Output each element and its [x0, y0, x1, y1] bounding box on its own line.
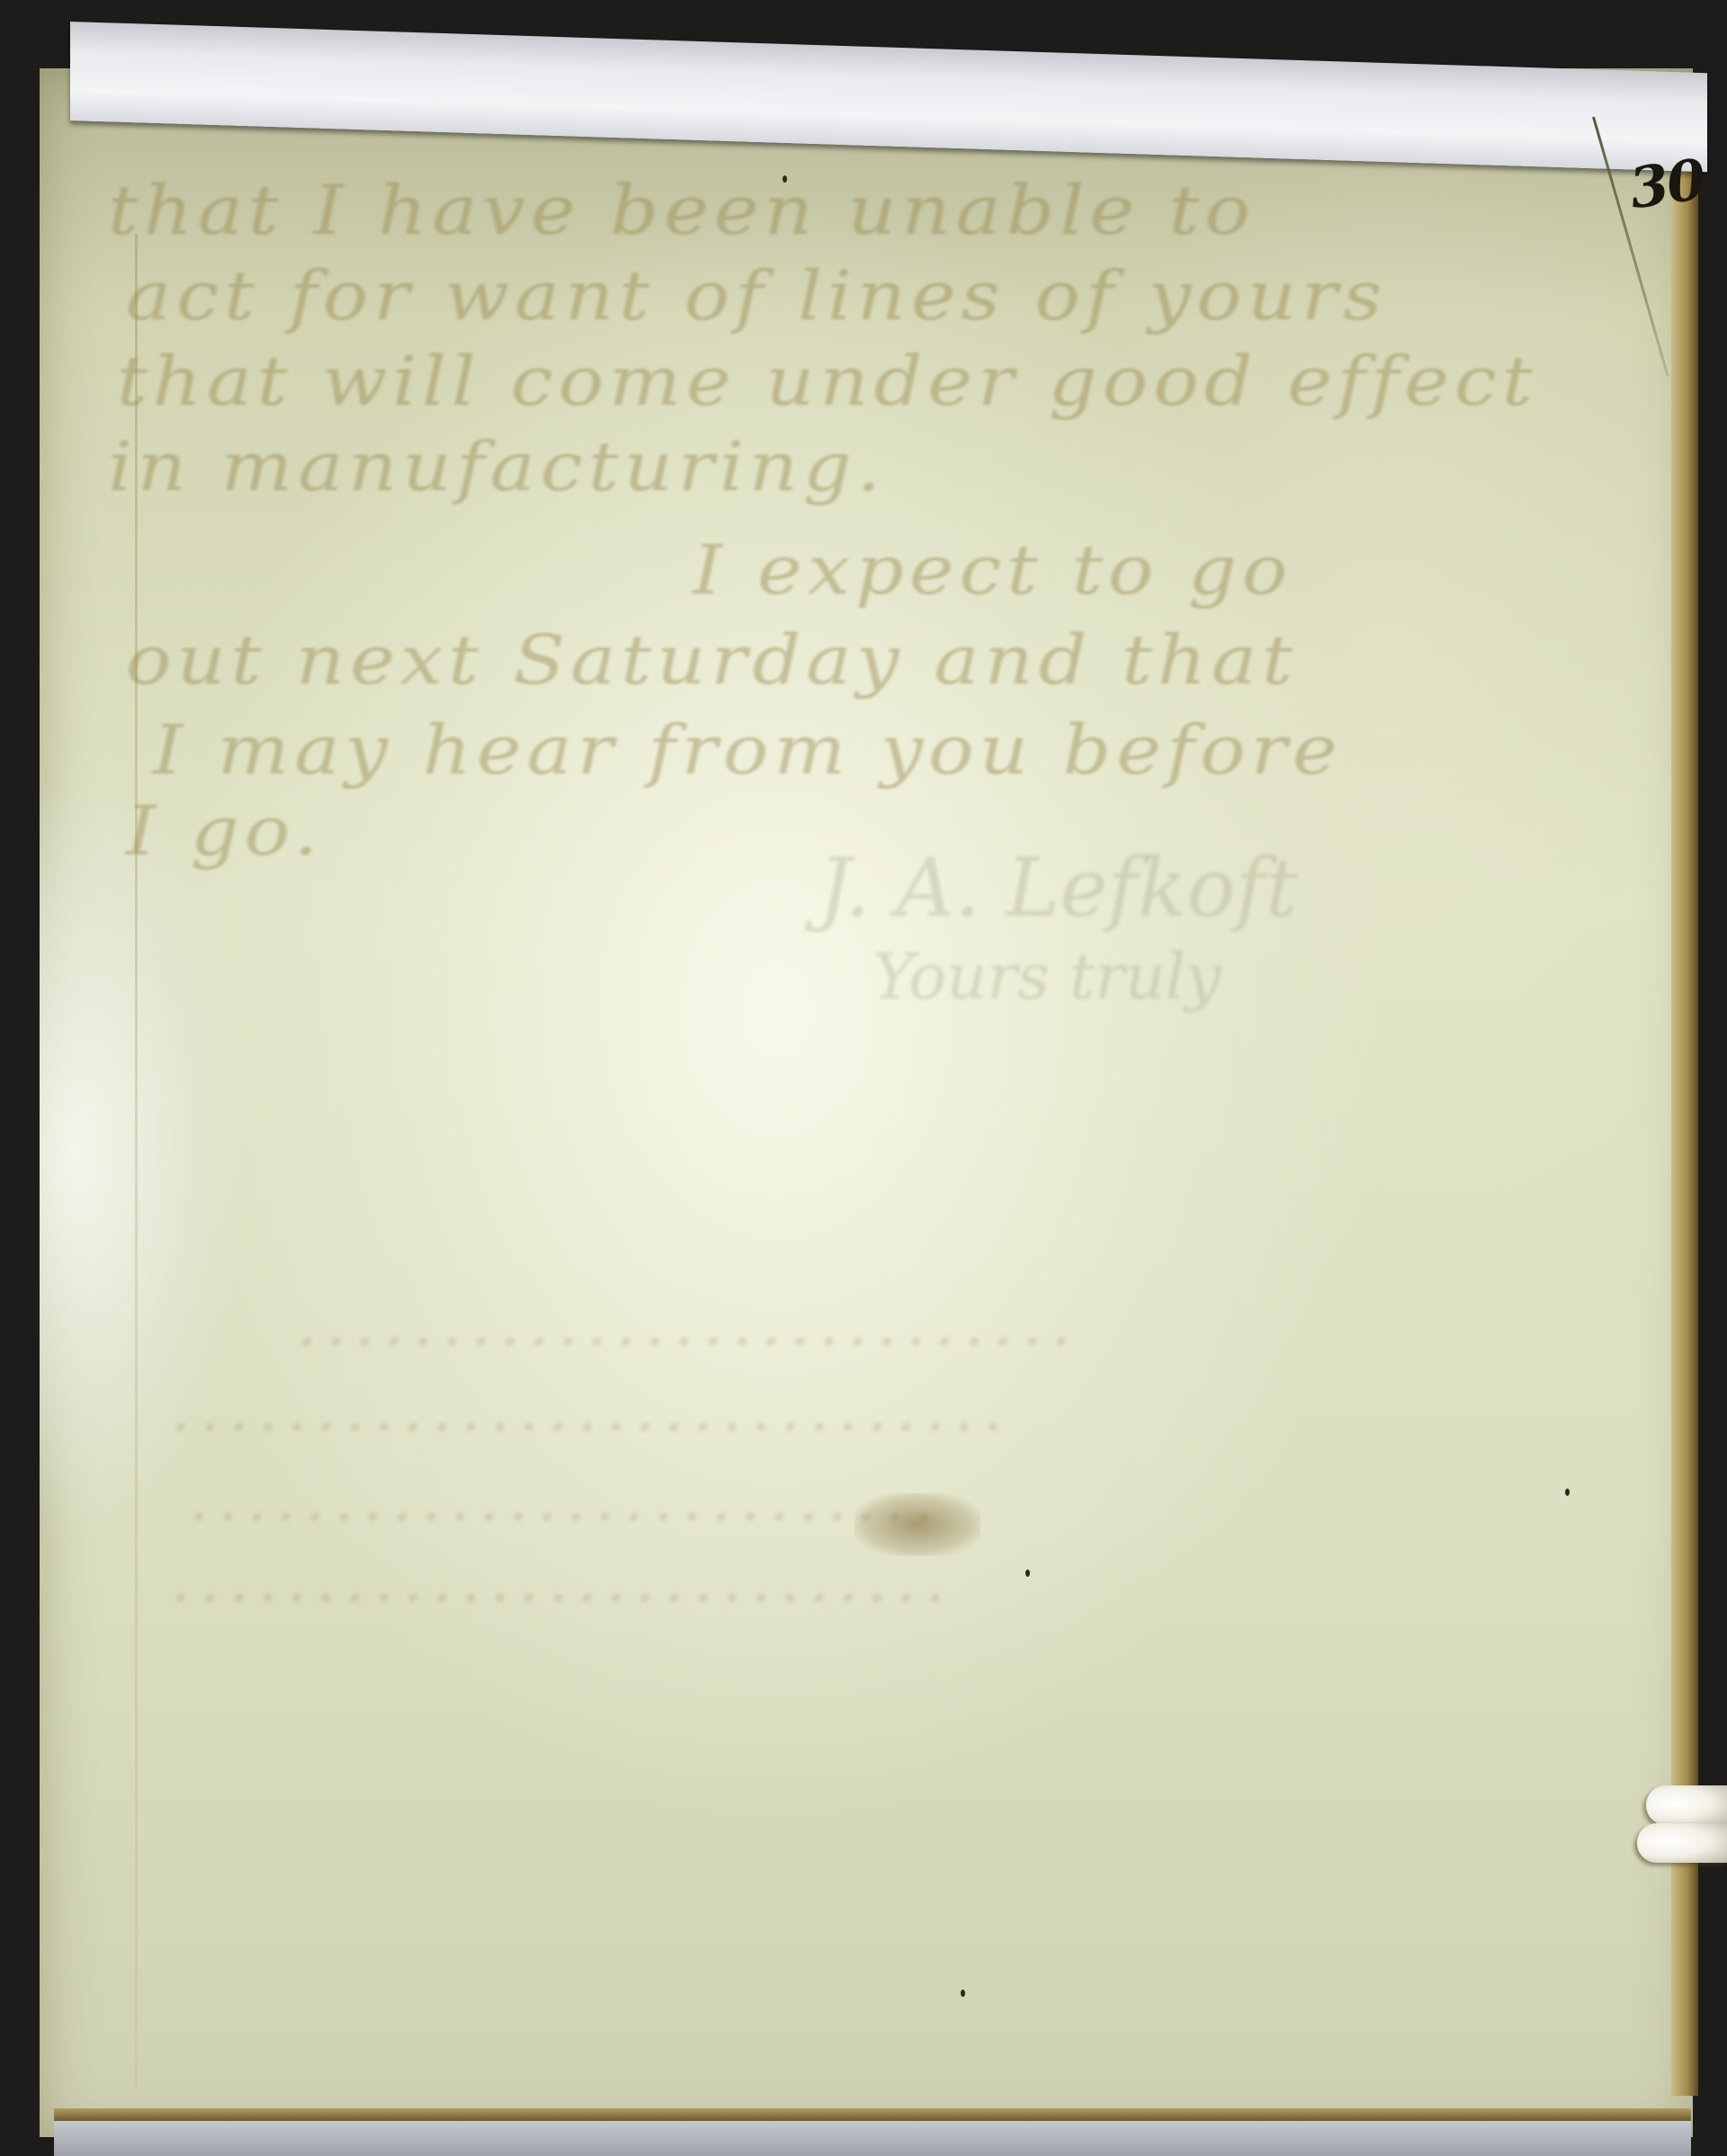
paper-bottom-edge	[54, 2108, 1691, 2121]
tie-lobe	[1646, 1785, 1727, 1825]
text-line: I expect to go	[693, 531, 1293, 610]
cloth-tie	[1637, 1785, 1727, 1866]
faded-line: .............................	[171, 1372, 1012, 1445]
text-line: act for want of lines of yours	[126, 256, 1387, 335]
archival-scan: 30 that I have been unable to act for wa…	[0, 0, 1727, 2156]
paper-speck	[961, 1990, 965, 1997]
paper-speck	[1025, 1570, 1030, 1577]
text-line: I may hear from you before	[153, 711, 1343, 790]
text-line: that I have been unable to	[108, 171, 1256, 250]
faded-line: ..........................	[189, 1462, 944, 1535]
text-line: out next Saturday and that	[126, 621, 1298, 700]
tie-lobe	[1637, 1823, 1727, 1863]
text-line: in manufacturing.	[108, 427, 886, 506]
paper-speck	[1565, 1489, 1570, 1496]
folio-number: 30	[1625, 147, 1708, 222]
ink-stain	[855, 1493, 980, 1556]
text-line: I go.	[126, 792, 323, 871]
margin-rule	[135, 234, 138, 2087]
faded-line: ...........................	[297, 1286, 1080, 1360]
paper-speck	[783, 175, 787, 183]
signature-closing: Yours truly	[872, 940, 1221, 1014]
signature-name: J. A. Lefkoft	[819, 841, 1298, 935]
text-line: that will come under good effect	[117, 342, 1538, 421]
bottom-mount	[54, 2119, 1691, 2156]
faded-line: ...........................	[171, 1543, 954, 1616]
